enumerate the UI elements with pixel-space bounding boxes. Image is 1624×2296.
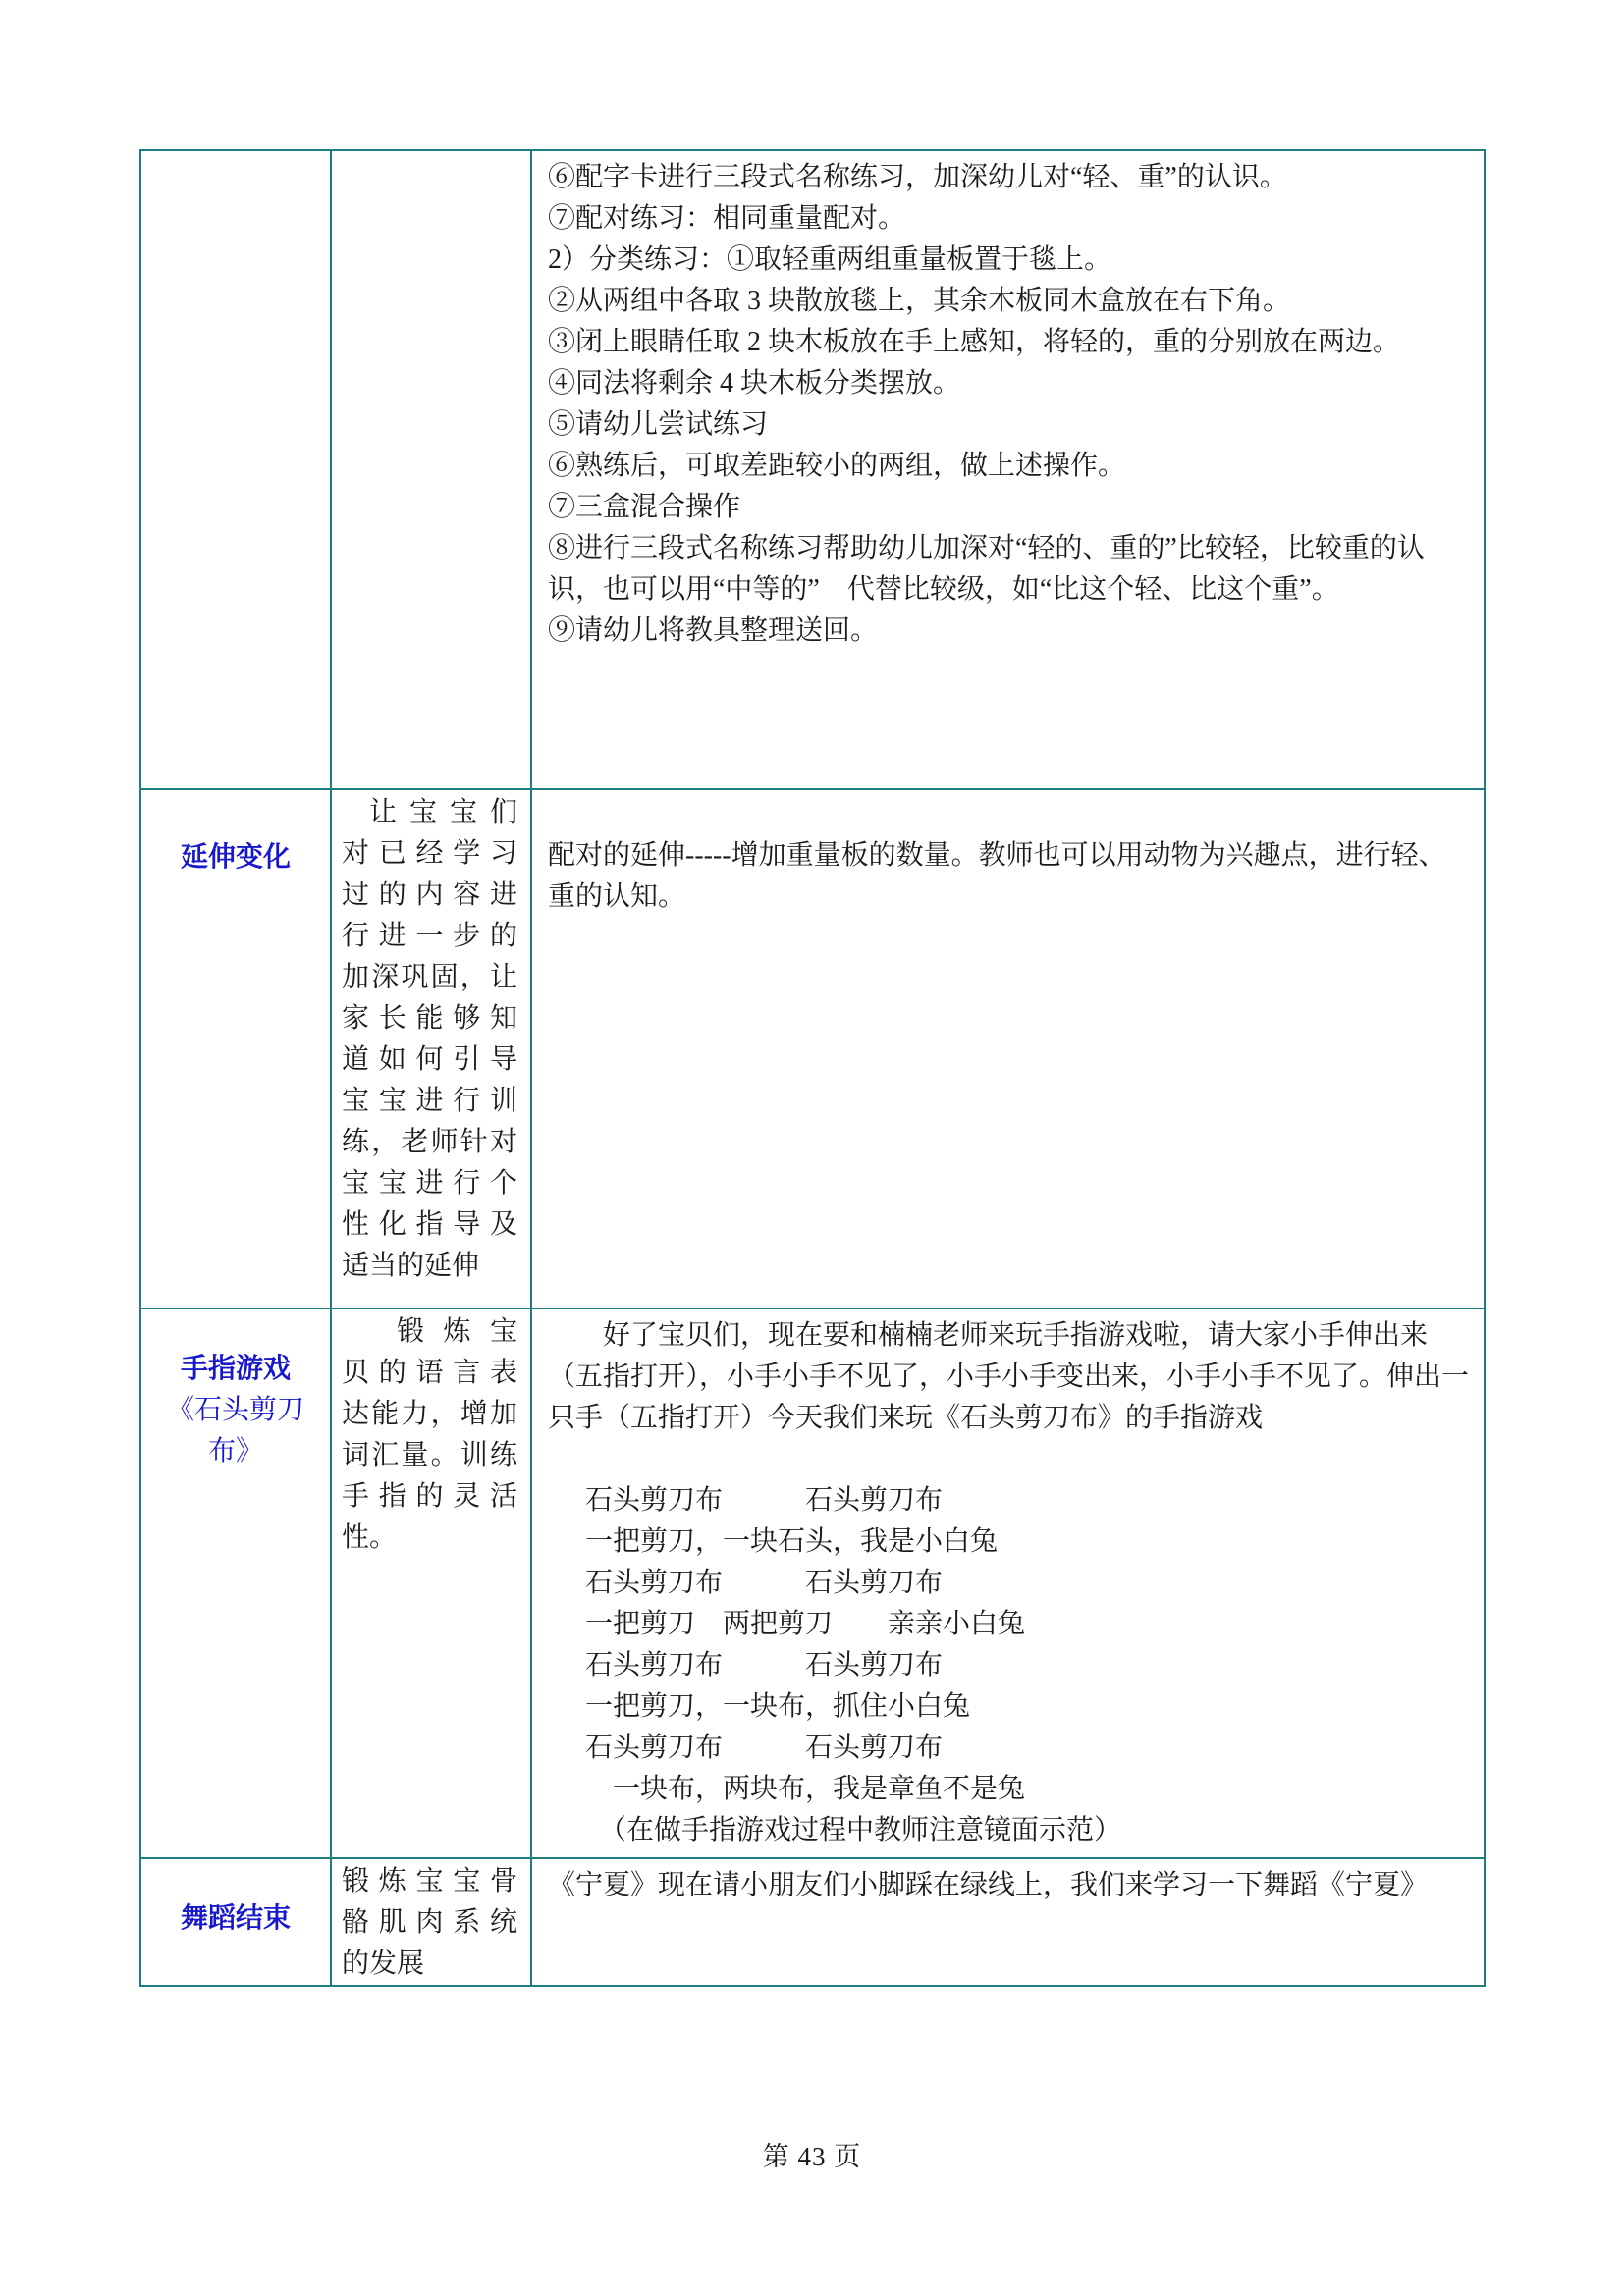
purpose-line: 性化指导及 bbox=[342, 1204, 517, 1246]
rhyme-line: 石头剪刀布 石头剪刀布 bbox=[585, 1480, 1470, 1522]
table-row-finger-game: 手指游戏《石头剪刀布》 锻炼宝贝的语言表达能力，增加词汇量。训练手指的灵活性。 … bbox=[140, 1308, 1485, 1858]
purpose-line: 家长能够知 bbox=[342, 998, 517, 1040]
operation-step-line: ⑤请幼儿尝试练习 bbox=[548, 404, 1470, 446]
operation-step-line: ⑦三盒混合操作 bbox=[548, 487, 1470, 528]
purpose-line: 锻炼宝 bbox=[342, 1311, 517, 1353]
operation-step-line: 2）分类练习：①取轻重两组重量板置于毯上。 bbox=[548, 240, 1470, 281]
operation-step-line: ⑥熟练后，可取差距较小的两组，做上述操作。 bbox=[548, 446, 1470, 487]
row-title-extension: 延伸变化 bbox=[141, 790, 330, 879]
purpose-line: 加深巩固，让 bbox=[342, 957, 517, 998]
purpose-line: 达能力，增加 bbox=[342, 1394, 517, 1435]
rhyme-line: 石头剪刀布 石头剪刀布 bbox=[585, 1563, 1470, 1604]
row1-purpose-cell-empty bbox=[331, 150, 531, 789]
extension-purpose-lines: 让宝宝们对已经学习过的内容进行进一步的加深巩固，让家长能够知道如何引导宝宝进行训… bbox=[332, 790, 530, 1287]
purpose-line: 性。 bbox=[342, 1518, 517, 1559]
row2-purpose-cell: 让宝宝们对已经学习过的内容进行进一步的加深巩固，让家长能够知道如何引导宝宝进行训… bbox=[331, 789, 531, 1308]
purpose-line: 骼肌肉系统 bbox=[342, 1902, 517, 1944]
operation-steps-list: ⑥配字卡进行三段式名称练习，加深幼儿对“轻、重”的认识。⑦配对练习：相同重量配对… bbox=[532, 151, 1484, 652]
operation-step-line: ⑦配对练习：相同重量配对。 bbox=[548, 198, 1470, 240]
operation-step-line: ⑧进行三段式名称练习帮助幼儿加深对“轻的、重的”比较轻，比较重的认识，也可以用“… bbox=[548, 528, 1470, 611]
finger-game-title-book: 《石头剪刀布》 bbox=[167, 1395, 304, 1467]
operation-step-line: ④同法将剩余 4 块木板分类摆放。 bbox=[548, 363, 1470, 404]
finger-game-purpose-lines: 锻炼宝贝的语言表达能力，增加词汇量。训练手指的灵活性。 bbox=[332, 1309, 530, 1559]
purpose-line: 行进一步的 bbox=[342, 916, 517, 957]
page-number: 第 43 页 bbox=[0, 2136, 1624, 2177]
extension-content-paragraph: 配对的延伸-----增加重量板的数量。教师也可以用动物为兴趣点，进行轻、重的认知… bbox=[548, 835, 1470, 918]
dance-purpose-lines: 锻炼宝宝骨骼肌肉系统的发展 bbox=[332, 1859, 530, 1985]
rhyme-line: 石头剪刀布 石头剪刀布 bbox=[585, 1728, 1470, 1769]
table-row-dance-ending: 舞蹈结束 锻炼宝宝骨骼肌肉系统的发展 《宁夏》现在请小朋友们小脚踩在绿线上，我们… bbox=[140, 1858, 1485, 1986]
purpose-line: 宝宝进行个 bbox=[342, 1163, 517, 1204]
purpose-line: 适当的延伸 bbox=[342, 1246, 517, 1287]
row-title-dance-ending: 舞蹈结束 bbox=[141, 1859, 330, 1940]
purpose-line: 贝的语言表 bbox=[342, 1353, 517, 1394]
purpose-line: 练，老师针对 bbox=[342, 1122, 517, 1163]
document-page: ⑥配字卡进行三段式名称练习，加深幼儿对“轻、重”的认识。⑦配对练习：相同重量配对… bbox=[0, 0, 1624, 2296]
rhyme-line: （在做手指游戏过程中教师注意镜面示范） bbox=[585, 1810, 1470, 1851]
purpose-line: 对已经学习 bbox=[342, 833, 517, 875]
operation-step-line: ⑨请幼儿将教具整理送回。 bbox=[548, 611, 1470, 652]
row3-title-cell: 手指游戏《石头剪刀布》 bbox=[140, 1308, 331, 1858]
purpose-line: 手指的灵活 bbox=[342, 1476, 517, 1518]
rhyme-line: 一把剪刀，一块布，抓住小白兔 bbox=[585, 1686, 1470, 1728]
lesson-plan-table: ⑥配字卡进行三段式名称练习，加深幼儿对“轻、重”的认识。⑦配对练习：相同重量配对… bbox=[139, 149, 1486, 1987]
rhyme-line: 一把剪刀 两把剪刀 亲亲小白兔 bbox=[585, 1604, 1470, 1645]
rhyme-line bbox=[585, 1439, 1470, 1480]
dance-content-paragraph: 《宁夏》现在请小朋友们小脚踩在绿线上，我们来学习一下舞蹈《宁夏》 bbox=[548, 1865, 1470, 1906]
row1-content-cell: ⑥配字卡进行三段式名称练习，加深幼儿对“轻、重”的认识。⑦配对练习：相同重量配对… bbox=[531, 150, 1485, 789]
row3-purpose-cell: 锻炼宝贝的语言表达能力，增加词汇量。训练手指的灵活性。 bbox=[331, 1308, 531, 1858]
rhyme-line: 石头剪刀布 石头剪刀布 bbox=[585, 1645, 1470, 1686]
row2-title-cell: 延伸变化 bbox=[140, 789, 331, 1308]
operation-step-line: ③闭上眼睛任取 2 块木板放在手上感知，将轻的，重的分别放在两边。 bbox=[548, 322, 1470, 363]
row-title-finger-game: 手指游戏《石头剪刀布》 bbox=[162, 1349, 309, 1472]
finger-game-rhyme-lines: 石头剪刀布 石头剪刀布一把剪刀，一块石头，我是小白兔石头剪刀布 石头剪刀布一把剪… bbox=[548, 1439, 1470, 1851]
finger-game-intro-paragraph: 好了宝贝们，现在要和楠楠老师来玩手指游戏啦，请大家小手伸出来（五指打开），小手小… bbox=[548, 1315, 1470, 1439]
rhyme-line: 一把剪刀，一块石头，我是小白兔 bbox=[585, 1522, 1470, 1563]
row4-content-cell: 《宁夏》现在请小朋友们小脚踩在绿线上，我们来学习一下舞蹈《宁夏》 bbox=[531, 1858, 1485, 1986]
operation-step-line: ⑥配字卡进行三段式名称练习，加深幼儿对“轻、重”的认识。 bbox=[548, 157, 1470, 198]
row3-content-cell: 好了宝贝们，现在要和楠楠老师来玩手指游戏啦，请大家小手伸出来（五指打开），小手小… bbox=[531, 1308, 1485, 1858]
finger-game-title-main: 手指游戏 bbox=[181, 1354, 291, 1384]
row4-title-cell: 舞蹈结束 bbox=[140, 1858, 331, 1986]
operation-step-line: ②从两组中各取 3 块散放毯上，其余木板同木盒放在右下角。 bbox=[548, 281, 1470, 322]
table-row-steps-continued: ⑥配字卡进行三段式名称练习，加深幼儿对“轻、重”的认识。⑦配对练习：相同重量配对… bbox=[140, 150, 1485, 789]
purpose-line: 道如何引导 bbox=[342, 1040, 517, 1081]
purpose-line: 过的内容进 bbox=[342, 875, 517, 916]
table-row-extension: 延伸变化 让宝宝们对已经学习过的内容进行进一步的加深巩固，让家长能够知道如何引导… bbox=[140, 789, 1485, 1308]
purpose-line: 宝宝进行训 bbox=[342, 1081, 517, 1122]
purpose-line: 的发展 bbox=[342, 1944, 517, 1985]
purpose-line: 让宝宝们 bbox=[342, 792, 517, 833]
purpose-line: 词汇量。训练 bbox=[342, 1435, 517, 1476]
row1-title-cell-empty bbox=[140, 150, 331, 789]
rhyme-line: 一块布，两块布，我是章鱼不是兔 bbox=[585, 1769, 1470, 1810]
row4-purpose-cell: 锻炼宝宝骨骼肌肉系统的发展 bbox=[331, 1858, 531, 1986]
purpose-line: 锻炼宝宝骨 bbox=[342, 1861, 517, 1902]
row2-content-cell: 配对的延伸-----增加重量板的数量。教师也可以用动物为兴趣点，进行轻、重的认知… bbox=[531, 789, 1485, 1308]
